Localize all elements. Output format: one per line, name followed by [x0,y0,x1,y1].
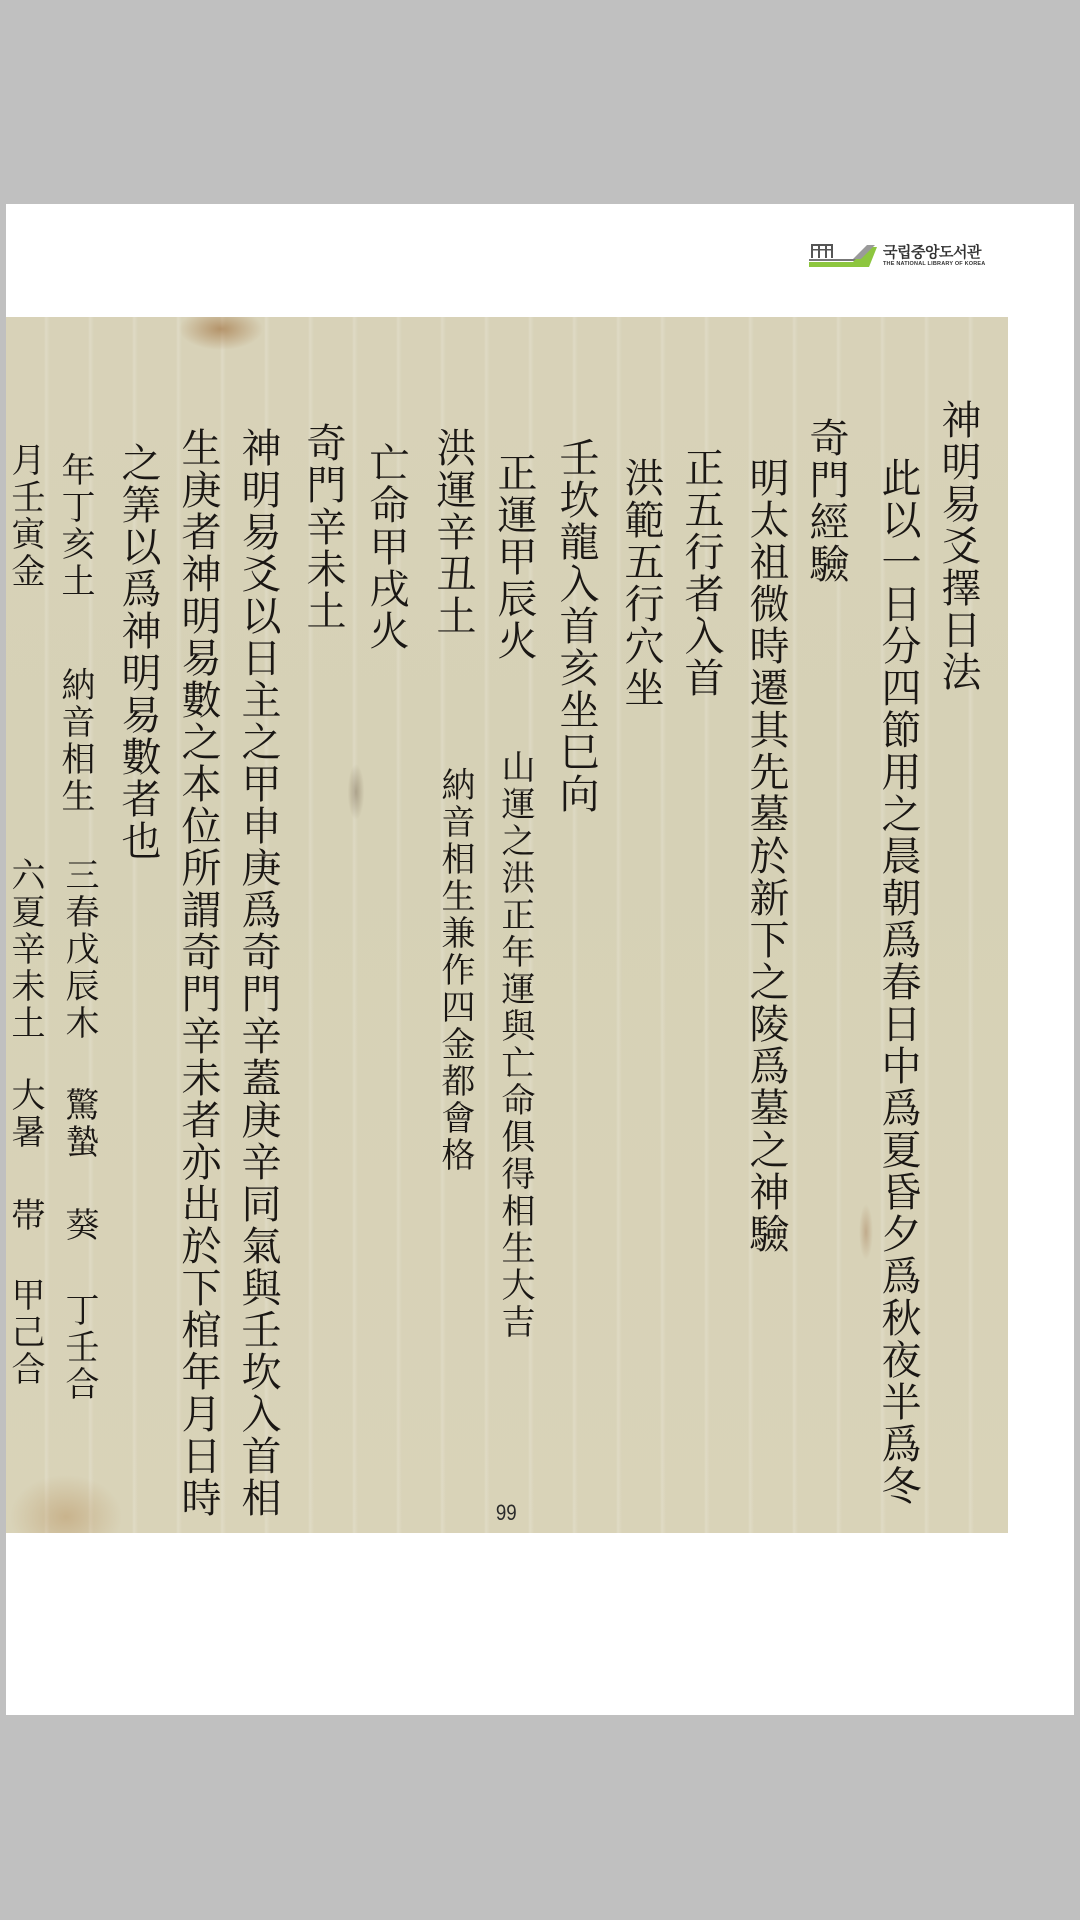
manuscript-scan: 神明易爻擇日法 此以一日分四節用之晨朝爲春日中爲夏昏夕爲秋夜半爲冬 奇門經驗 明… [6,317,1008,1533]
library-building-icon [809,241,877,271]
document-page: 국립중앙도서관 The National Library of Korea 神明… [6,204,1074,1715]
annotation-column: 六夏辛未土 [8,857,42,1042]
page-number: 99 [496,1500,517,1526]
annotation-column: 納音相生兼作四金都會格 [438,767,472,1174]
annotation-column: 甲己合 [8,1277,42,1388]
annotation-column: 山運之洪正年運與亡命俱得相生大吉 [498,749,532,1341]
library-name-korean: 국립중앙도서관 [883,244,985,260]
text-column: 此以一日分四節用之晨朝爲春日中爲夏昏夕爲秋夜半爲冬 [878,457,918,1507]
annotation-column: 大暑 [8,1077,42,1151]
text-column-heading: 奇門經驗 [806,417,846,585]
text-column: 亡命甲戌火 [366,442,406,652]
text-column: 正運甲辰火 [494,452,534,662]
annotation-column: 帯 [8,1197,42,1234]
annotation-column: 驚蟄 [62,1087,96,1161]
text-column: 奇門辛未土 [303,422,343,632]
text-column: 之筭以爲神明易數者也 [118,442,158,862]
text-column: 洪運辛丑土 [433,427,473,637]
text-column-title: 神明易爻擇日法 [938,399,978,693]
text-column: 生庚者神明易數之本位所謂奇門辛未者亦出於下棺年月日時 [178,427,218,1519]
annotation-column: 納音相生 [58,667,92,815]
library-name-english: The National Library of Korea [883,260,985,268]
annotation-column: 三春戊辰木 [62,857,96,1042]
text-column: 壬坎龍入首亥坐巳向 [556,437,596,815]
text-column: 神明易爻以日主之甲申庚爲奇門辛蓋庚辛同氣與壬坎入首相 [238,427,278,1519]
text-column: 正五行者入首 [681,447,721,699]
text-column: 明太祖微時遷其先墓於新下之陵爲墓之神驗 [746,457,786,1255]
text-column: 年丁亥土 [58,452,92,600]
library-logo: 국립중앙도서관 The National Library of Korea [809,241,989,271]
text-column: 洪範五行穴坐 [621,457,661,709]
annotation-column: 月壬寅金 [8,442,42,590]
annotation-column: 葵 [62,1207,96,1244]
annotation-column: 丁壬合 [62,1292,96,1403]
